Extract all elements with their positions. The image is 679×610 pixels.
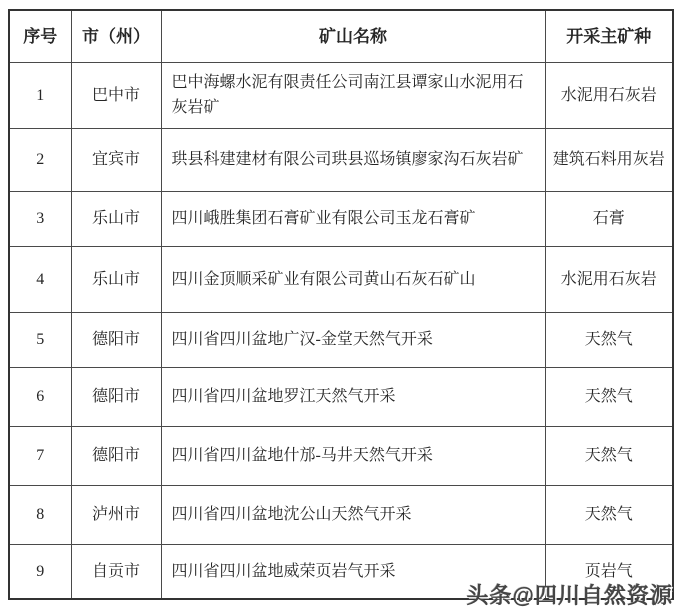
cell-main-mineral: 建筑石料用灰岩 xyxy=(545,128,673,191)
cell-mine-name: 珙县科建建材有限公司珙县巡场镇廖家沟石灰岩矿 xyxy=(161,128,545,191)
table-row: 8 泸州市 四川省四川盆地沈公山天然气开采 天然气 xyxy=(9,485,673,544)
table-row: 2 宜宾市 珙县科建建材有限公司珙县巡场镇廖家沟石灰岩矿 建筑石料用灰岩 xyxy=(9,128,673,191)
cell-city: 德阳市 xyxy=(71,367,161,426)
page: 序号 市（州） 矿山名称 开采主矿种 1 巴中市 巴中海螺水泥有限责任公司南江县… xyxy=(0,0,679,610)
cell-mine-name: 四川金顶顺采矿业有限公司黄山石灰石矿山 xyxy=(161,246,545,312)
cell-main-mineral: 天然气 xyxy=(545,312,673,367)
cell-serial-number: 8 xyxy=(9,485,71,544)
cell-mine-name: 四川峨胜集团石膏矿业有限公司玉龙石膏矿 xyxy=(161,191,545,246)
cell-main-mineral: 天然气 xyxy=(545,367,673,426)
cell-serial-number: 7 xyxy=(9,426,71,485)
cell-city: 宜宾市 xyxy=(71,128,161,191)
cell-serial-number: 9 xyxy=(9,544,71,599)
table-row: 5 德阳市 四川省四川盆地广汉-金堂天然气开采 天然气 xyxy=(9,312,673,367)
cell-mine-name: 四川省四川盆地威荣页岩气开采 xyxy=(161,544,545,599)
table-row: 7 德阳市 四川省四川盆地什邡-马井天然气开采 天然气 xyxy=(9,426,673,485)
table-header-row: 序号 市（州） 矿山名称 开采主矿种 xyxy=(9,10,673,62)
table-body: 1 巴中市 巴中海螺水泥有限责任公司南江县谭家山水泥用石灰岩矿 水泥用石灰岩 2… xyxy=(9,62,673,599)
header-mine-name: 矿山名称 xyxy=(161,10,545,62)
cell-mine-name: 四川省四川盆地广汉-金堂天然气开采 xyxy=(161,312,545,367)
table-row: 6 德阳市 四川省四川盆地罗江天然气开采 天然气 xyxy=(9,367,673,426)
cell-city: 乐山市 xyxy=(71,246,161,312)
table-row: 3 乐山市 四川峨胜集团石膏矿业有限公司玉龙石膏矿 石膏 xyxy=(9,191,673,246)
cell-serial-number: 4 xyxy=(9,246,71,312)
cell-serial-number: 3 xyxy=(9,191,71,246)
cell-serial-number: 6 xyxy=(9,367,71,426)
cell-main-mineral: 天然气 xyxy=(545,426,673,485)
cell-city: 自贡市 xyxy=(71,544,161,599)
header-main-mineral: 开采主矿种 xyxy=(545,10,673,62)
table-row: 9 自贡市 四川省四川盆地威荣页岩气开采 页岩气 xyxy=(9,544,673,599)
header-serial-number: 序号 xyxy=(9,10,71,62)
cell-city: 乐山市 xyxy=(71,191,161,246)
cell-mine-name: 四川省四川盆地罗江天然气开采 xyxy=(161,367,545,426)
cell-main-mineral: 水泥用石灰岩 xyxy=(545,246,673,312)
cell-serial-number: 2 xyxy=(9,128,71,191)
mine-list-table: 序号 市（州） 矿山名称 开采主矿种 1 巴中市 巴中海螺水泥有限责任公司南江县… xyxy=(8,9,674,600)
header-city: 市（州） xyxy=(71,10,161,62)
cell-main-mineral: 石膏 xyxy=(545,191,673,246)
cell-main-mineral: 水泥用石灰岩 xyxy=(545,62,673,128)
cell-mine-name: 巴中海螺水泥有限责任公司南江县谭家山水泥用石灰岩矿 xyxy=(161,62,545,128)
table-row: 4 乐山市 四川金顶顺采矿业有限公司黄山石灰石矿山 水泥用石灰岩 xyxy=(9,246,673,312)
cell-mine-name: 四川省四川盆地沈公山天然气开采 xyxy=(161,485,545,544)
cell-city: 巴中市 xyxy=(71,62,161,128)
cell-serial-number: 5 xyxy=(9,312,71,367)
cell-serial-number: 1 xyxy=(9,62,71,128)
cell-main-mineral: 页岩气 xyxy=(545,544,673,599)
table-row: 1 巴中市 巴中海螺水泥有限责任公司南江县谭家山水泥用石灰岩矿 水泥用石灰岩 xyxy=(9,62,673,128)
cell-city: 泸州市 xyxy=(71,485,161,544)
cell-city: 德阳市 xyxy=(71,426,161,485)
cell-mine-name: 四川省四川盆地什邡-马井天然气开采 xyxy=(161,426,545,485)
cell-city: 德阳市 xyxy=(71,312,161,367)
cell-main-mineral: 天然气 xyxy=(545,485,673,544)
